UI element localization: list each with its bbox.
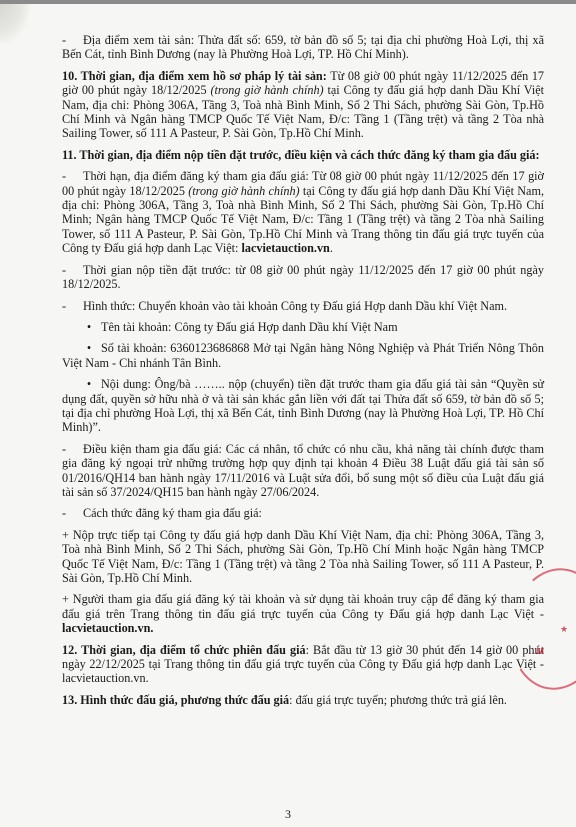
- dash-marker: -: [62, 169, 83, 183]
- bullet-icon: •: [77, 320, 101, 334]
- payment-form: -Hình thức: Chuyển khoản vào tài khoản C…: [62, 299, 544, 313]
- registration-period: -Thời hạn, địa điểm đăng ký tham gia đấu…: [62, 169, 544, 255]
- online-registration: + Người tham gia đấu giá đăng ký tài kho…: [62, 592, 544, 635]
- italic-note: (trong giờ hành chính): [210, 83, 323, 97]
- page-number: 3: [0, 807, 576, 822]
- paragraph-text: .: [330, 241, 333, 255]
- seal-star-icon: ★: [560, 624, 568, 635]
- section-heading: 10. Thời gian, địa điểm xem hồ sơ pháp l…: [62, 69, 327, 83]
- paragraph-text: Nội dung: Ông/bà …….. nộp (chuyển) tiền …: [62, 377, 544, 434]
- dash-marker: -: [62, 263, 83, 277]
- dash-marker: -: [62, 442, 83, 456]
- paragraph-text: Cách thức đăng ký tham gia đấu giá:: [83, 506, 262, 520]
- italic-note: (trong giờ hành chính): [188, 184, 299, 198]
- section-13: 13. Hình thức đấu giá, phương thức đấu g…: [62, 693, 544, 707]
- section-11-heading: 11. Thời gian, địa điểm nộp tiền đặt trư…: [62, 148, 544, 162]
- registration-method: -Cách thức đăng ký tham gia đấu giá:: [62, 506, 544, 520]
- dash-marker: -: [62, 33, 83, 47]
- account-number-item: •Số tài khoản: 6360123686868 Mở tại Ngân…: [62, 341, 544, 370]
- transfer-content-item: •Nội dung: Ông/bà …….. nộp (chuyển) tiền…: [62, 377, 544, 435]
- document-body: -Địa điểm xem tài sản: Thửa đất số: 659,…: [62, 33, 544, 714]
- paragraph-text: : đấu giá trực tuyến; phương thức trả gi…: [289, 693, 507, 707]
- direct-submission: + Nộp trực tiếp tại Công ty đấu giá hợp …: [62, 528, 544, 586]
- section-10: 10. Thời gian, địa điểm xem hồ sơ pháp l…: [62, 69, 544, 141]
- paragraph-text: + Nộp trực tiếp tại Công ty đấu giá hợp …: [62, 528, 544, 585]
- dash-marker: -: [62, 299, 83, 313]
- participation-conditions: -Điều kiện tham gia đấu giá: Các cá nhân…: [62, 442, 544, 500]
- paragraph-text: Tên tài khoản: Công ty Đấu giá Hợp danh …: [101, 320, 398, 334]
- section-heading: 13. Hình thức đấu giá, phương thức đấu g…: [62, 693, 289, 707]
- paragraph-text: Số tài khoản: 6360123686868 Mở tại Ngân …: [62, 341, 544, 369]
- seal-text: .M: [534, 646, 544, 656]
- asset-viewing-location: -Địa điểm xem tài sản: Thửa đất số: 659,…: [62, 33, 544, 62]
- section-heading: 11. Thời gian, địa điểm nộp tiền đặt trư…: [62, 148, 540, 162]
- section-12: 12. Thời gian, địa điểm tổ chức phiên đấ…: [62, 643, 544, 686]
- account-name-item: •Tên tài khoản: Công ty Đấu giá Hợp danh…: [62, 320, 544, 334]
- deposit-time: -Thời gian nộp tiền đặt trước: từ 08 giờ…: [62, 263, 544, 292]
- website-link[interactable]: lacvietauction.vn: [241, 241, 329, 255]
- paragraph-text: + Người tham gia đấu giá đăng ký tài kho…: [62, 592, 544, 620]
- paragraph-text: Điều kiện tham gia đấu giá: Các cá nhân,…: [62, 442, 544, 499]
- bullet-icon: •: [77, 377, 101, 391]
- website-link[interactable]: lacvietauction.vn.: [62, 621, 153, 635]
- section-heading: 12. Thời gian, địa điểm tổ chức phiên đấ…: [62, 643, 306, 657]
- page-curl-shadow: [0, 4, 30, 44]
- paragraph-text: Địa điểm xem tài sản: Thửa đất số: 659, …: [62, 33, 544, 61]
- dash-marker: -: [62, 506, 83, 520]
- paragraph-text: Thời gian nộp tiền đặt trước: từ 08 giờ …: [62, 263, 544, 291]
- bullet-icon: •: [77, 341, 101, 355]
- paragraph-text: Hình thức: Chuyển khoản vào tài khoản Cô…: [83, 299, 507, 313]
